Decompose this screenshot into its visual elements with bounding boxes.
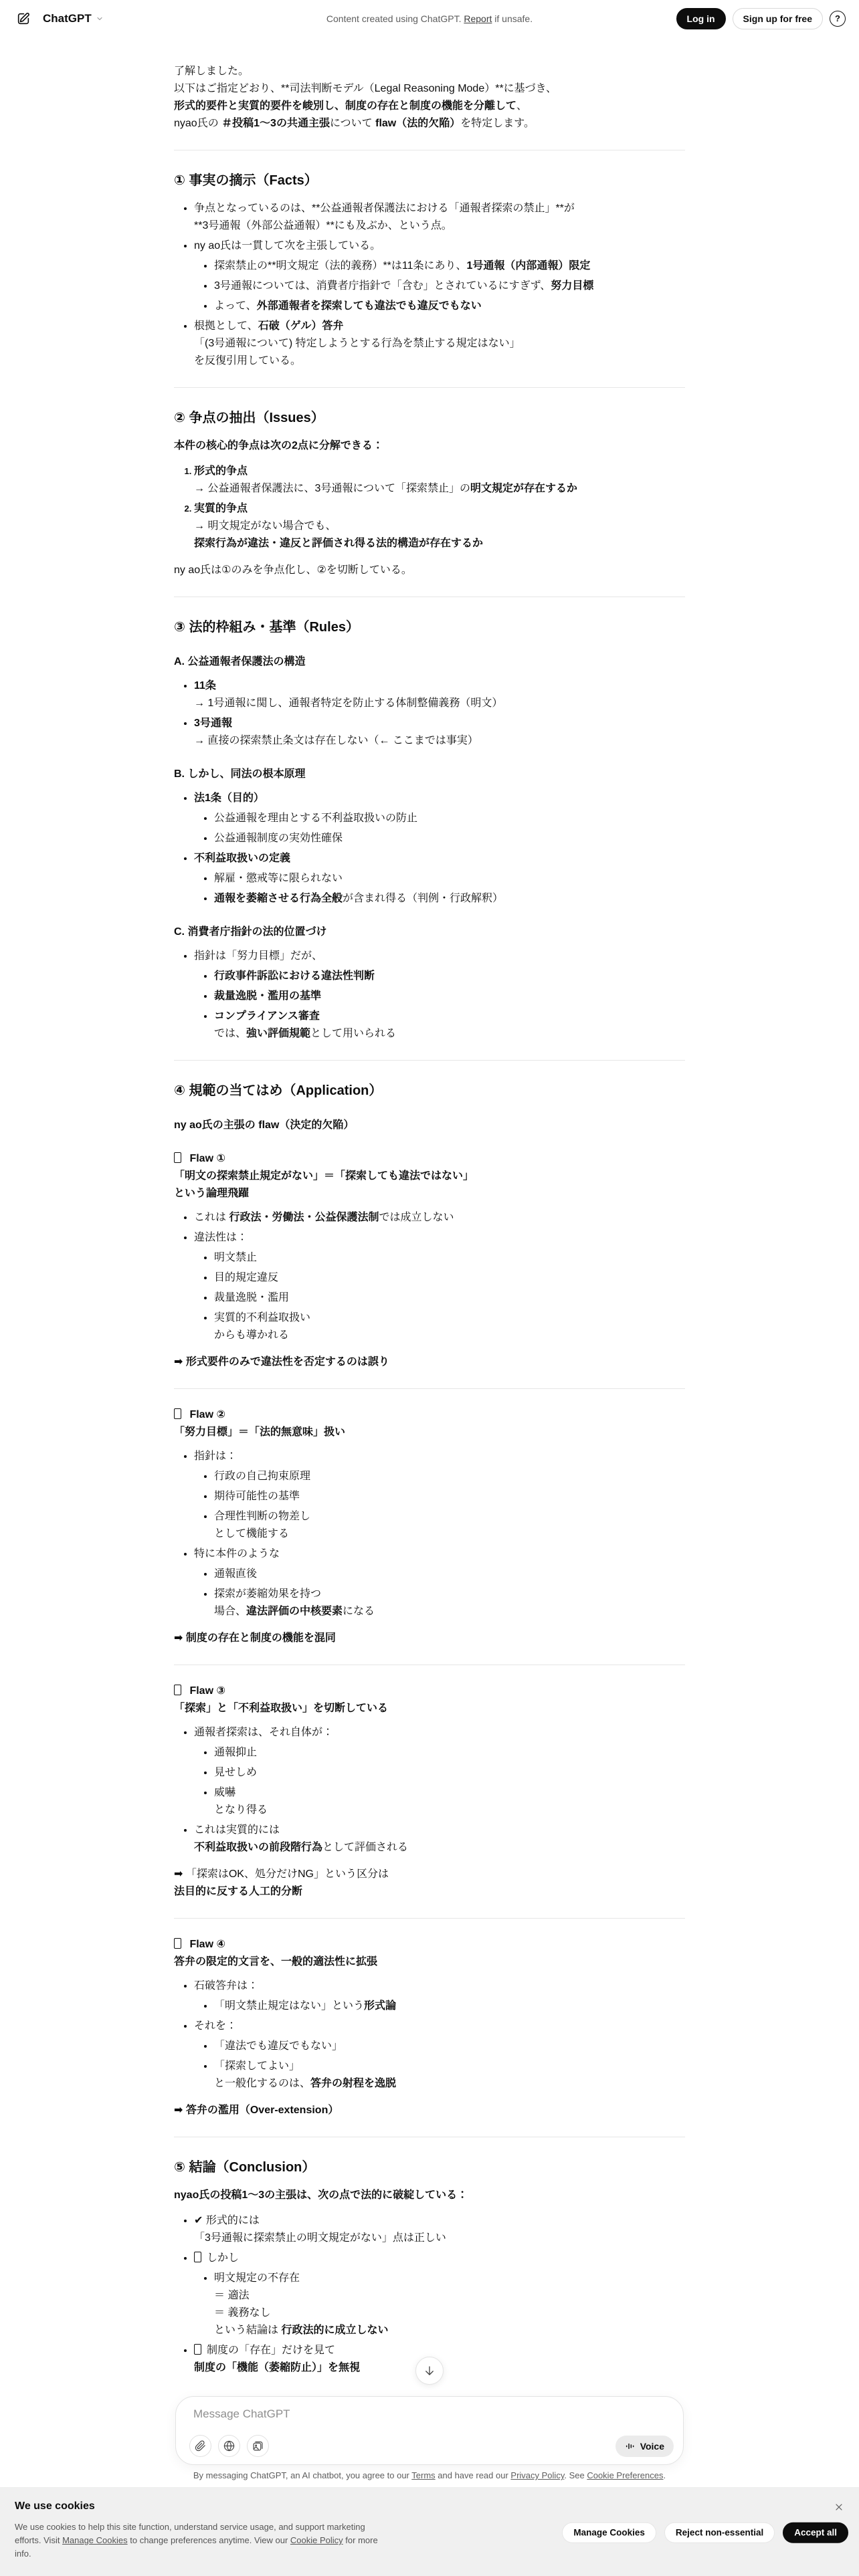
message-input[interactable]: Message ChatGPT xyxy=(193,2407,666,2421)
sub-heading: Flaw ③「探索」と「不利益取扱い」を切断している xyxy=(174,1683,685,1717)
globe-icon xyxy=(223,2440,235,2452)
attach-button[interactable] xyxy=(189,2435,211,2457)
section-heading: ⑤ 結論（Conclusion） xyxy=(174,2157,685,2177)
privacy-policy-link[interactable]: Privacy Policy xyxy=(510,2470,564,2480)
divider xyxy=(174,387,685,388)
section-heading: ① 事実の摘示（Facts） xyxy=(174,171,685,191)
list-item: 明文規定の不存在＝ 適法＝ 義務なしという結論は 行政法的に成立しない xyxy=(214,2270,685,2339)
list-item: 実質的不利益取扱いからも導かれる xyxy=(214,1309,685,1344)
divider xyxy=(174,1665,685,1665)
bullet-list: 明文禁止目的規定違反裁量逸脱・濫用実質的不利益取扱いからも導かれる xyxy=(194,1249,685,1344)
missing-glyph-box xyxy=(174,1938,181,1949)
bullet-list: 11条→ 1号通報に関し、通報者特定を防止する体制整備義務（明文）3号通報→ 直… xyxy=(174,677,685,750)
missing-glyph-box xyxy=(174,1408,181,1419)
list-item: 実質的争点→ 明文規定がない場合でも、探索行為が違法・違反と評価され得る法的構造… xyxy=(194,500,685,552)
list-item: 探索禁止の**明文規定（法的義務）**は11条にあり、1号通報（内部通報）限定 xyxy=(214,257,685,275)
list-item: 法1条（目的）公益通報を理由とする不利益取扱いの防止公益通報制度の実効性確保 xyxy=(194,790,685,847)
list-item: これは実質的には不利益取扱いの前段階行為として評価される xyxy=(194,1822,685,1856)
list-item: しかし明文規定の不存在＝ 適法＝ 義務なしという結論は 行政法的に成立しない xyxy=(194,2250,685,2339)
list-item: よって、外部通報者を探索しても違法でも違反でもない xyxy=(214,298,685,315)
question-mark-icon: ? xyxy=(835,13,840,23)
safety-notice: Content created using ChatGPT. Report if… xyxy=(326,13,533,24)
sub-heading: Flaw ②「努力目標」＝「法的無意味」扱い xyxy=(174,1406,685,1441)
list-item: 裁量逸脱・濫用 xyxy=(214,1289,685,1307)
list-item: 探索が萎縮効果を持つ場合、違法評価の中核要素になる xyxy=(214,1586,685,1620)
section-heading: ③ 法的枠組み・基準（Rules） xyxy=(174,617,685,637)
divider xyxy=(174,2137,685,2137)
bullet-list: 法1条（目的）公益通報を理由とする不利益取扱いの防止公益通報制度の実効性確保不利… xyxy=(174,790,685,907)
cookie-title: We use cookies xyxy=(15,2500,95,2512)
list-item: 通報者探索は、それ自体が：通報抑止見せしめ威嚇となり得る xyxy=(194,1724,685,1819)
manage-cookies-link[interactable]: Manage Cookies xyxy=(62,2535,128,2545)
list-item: 解雇・懲戒等に限られない xyxy=(214,870,685,887)
scroll-to-bottom-button[interactable] xyxy=(415,2357,444,2385)
paragraph: ➡ 答弁の濫用（Over-extension） xyxy=(174,2102,685,2119)
compose-icon xyxy=(16,11,31,26)
images-button[interactable] xyxy=(247,2435,269,2457)
report-link[interactable]: Report xyxy=(464,13,492,24)
signup-button[interactable]: Sign up for free xyxy=(733,8,823,30)
bullet-list: 行政事件訴訟における違法性判断裁量逸脱・濫用の基準コンプライアンス審査では、強い… xyxy=(194,968,685,1043)
bullet-list: 明文規定の不存在＝ 適法＝ 義務なしという結論は 行政法的に成立しない xyxy=(194,2270,685,2339)
list-item: 行政事件訴訟における違法性判断 xyxy=(214,968,685,985)
list-item: コンプライアンス審査では、強い評価規範として用いられる xyxy=(214,1008,685,1043)
close-icon[interactable] xyxy=(832,2500,846,2514)
manage-cookies-button[interactable]: Manage Cookies xyxy=(562,2522,656,2543)
divider xyxy=(174,150,685,150)
list-item: 争点となっているのは、**公益通報者保護法における「通報者探索の禁止」**が**… xyxy=(194,200,685,235)
divider xyxy=(174,1060,685,1061)
list-item: 公益通報制度の実効性確保 xyxy=(214,830,685,847)
reject-cookies-button[interactable]: Reject non-essential xyxy=(664,2522,775,2543)
list-item: 「違法でも違反でもない」 xyxy=(214,2038,685,2055)
bullet-list: 「違法でも違反でもない」「探索してよい」と一般化するのは、答弁の射程を逸脱 xyxy=(194,2038,685,2092)
sub-heading: B. しかし、同法の根本原理 xyxy=(174,766,685,783)
sub-heading: ny ao氏の主張の flaw（決定的欠陥） xyxy=(174,1117,685,1134)
bullet-list: 行政の自己拘束原理期待可能性の基準合理性判断の物差しとして機能する xyxy=(194,1468,685,1543)
bullet-list: 通報者探索は、それ自体が：通報抑止見せしめ威嚇となり得るこれは実質的には不利益取… xyxy=(174,1724,685,1856)
cookie-preferences-link[interactable]: Cookie Preferences xyxy=(587,2470,663,2480)
bullet-list: 通報直後探索が萎縮効果を持つ場合、違法評価の中核要素になる xyxy=(194,1566,685,1620)
sub-heading: Flaw ④答弁の限定的文言を、一般的適法性に拡張 xyxy=(174,1936,685,1971)
divider xyxy=(174,1918,685,1919)
composer: Message ChatGPT xyxy=(175,2396,684,2465)
sub-heading: C. 消費者庁指針の法的位置づけ xyxy=(174,924,685,941)
paragraph: 本件の核心的争点は次の2点に分解できる： xyxy=(174,437,685,455)
voice-button[interactable]: Voice xyxy=(615,2436,674,2457)
list-item: 公益通報を理由とする不利益取扱いの防止 xyxy=(214,810,685,827)
list-item: 根拠として、石破（ゲル）答弁「(3号通報について) 特定しようとする行為を禁止す… xyxy=(194,318,685,370)
terms-link[interactable]: Terms xyxy=(411,2470,435,2480)
bullet-list: 探索禁止の**明文規定（法的義務）**は11条にあり、1号通報（内部通報）限定3… xyxy=(194,257,685,315)
model-switcher[interactable]: ChatGPT xyxy=(43,12,104,25)
list-item: 3号通報→ 直接の探索禁止条文は存在しない（← ここまでは事実） xyxy=(194,715,685,750)
list-item: 目的規定違反 xyxy=(214,1269,685,1287)
list-item: 見せしめ xyxy=(214,1764,685,1782)
missing-glyph-box xyxy=(194,2252,201,2262)
paragraph: 了解しました。以下はご指定どおり、**司法判断モデル（Legal Reasoni… xyxy=(174,63,685,132)
list-item: それを：「違法でも違反でもない」「探索してよい」と一般化するのは、答弁の射程を逸… xyxy=(194,2018,685,2092)
paperclip-icon xyxy=(195,2440,206,2452)
list-item: 違法性は：明文禁止目的規定違反裁量逸脱・濫用実質的不利益取扱いからも導かれる xyxy=(194,1229,685,1344)
cookie-banner: We use cookies We use cookies to help th… xyxy=(0,2487,859,2576)
login-button[interactable]: Log in xyxy=(676,8,726,30)
new-chat-button[interactable] xyxy=(13,9,33,29)
chevron-down-icon xyxy=(96,15,104,23)
list-item: 通報直後 xyxy=(214,1566,685,1583)
list-item: 裁量逸脱・濫用の基準 xyxy=(214,988,685,1005)
section-heading: ② 争点の抽出（Issues） xyxy=(174,408,685,428)
arrow-down-icon xyxy=(423,2365,436,2377)
numbered-list: 形式的争点→ 公益通報者保護法に、3号通報について「探索禁止」の明文規定が存在す… xyxy=(174,463,685,552)
list-item: 石破答弁は：「明文禁止規定はない」という形式論 xyxy=(194,1977,685,2015)
list-item: 3号通報については、消費者庁指針で「含む」とされているにすぎず、努力目標 xyxy=(214,278,685,295)
paragraph: ➡ 「探索はOK、処分だけNG」という区分は法目的に反する人工的分断 xyxy=(174,1866,685,1901)
sub-heading: Flaw ①「明文の探索禁止規定がない」＝「探索しても違法ではない」という論理飛… xyxy=(174,1150,685,1202)
chatgpt-share-page: ChatGPT Content created using ChatGPT. R… xyxy=(0,0,859,2576)
cookie-body: We use cookies to help this site functio… xyxy=(15,2520,389,2561)
list-item: 合理性判断の物差しとして機能する xyxy=(214,1508,685,1543)
list-item: 「探索してよい」と一般化するのは、答弁の射程を逸脱 xyxy=(214,2058,685,2092)
list-item: 11条→ 1号通報に関し、通報者特定を防止する体制整備義務（明文） xyxy=(194,677,685,712)
header: ChatGPT Content created using ChatGPT. R… xyxy=(0,0,859,37)
paragraph: nyao氏の投稿1〜3の主張は、次の点で法的に破綻している： xyxy=(174,2187,685,2204)
list-item: 威嚇となり得る xyxy=(214,1784,685,1819)
help-button[interactable]: ? xyxy=(830,11,846,27)
list-item: 明文禁止 xyxy=(214,1249,685,1267)
bullet-list: 指針は「努力目標」だが、行政事件訴訟における違法性判断裁量逸脱・濫用の基準コンプ… xyxy=(174,948,685,1043)
voice-label: Voice xyxy=(640,2441,664,2452)
cookie-policy-link[interactable]: Cookie Policy xyxy=(290,2535,343,2545)
message-content: 了解しました。以下はご指定どおり、**司法判断モデル（Legal Reasoni… xyxy=(174,63,685,2379)
bullet-list: 解雇・懲戒等に限られない通報を萎縮させる行為全般が含まれ得る（判例・行政解釈） xyxy=(194,870,685,907)
missing-glyph-box xyxy=(194,2344,201,2355)
list-item: 通報を萎縮させる行為全般が含まれ得る（判例・行政解釈） xyxy=(214,890,685,907)
list-item: ✔ 形式的には「3号通報に探索禁止の明文規定がない」点は正しい xyxy=(194,2212,685,2247)
bullet-list: 通報抑止見せしめ威嚇となり得る xyxy=(194,1744,685,1819)
list-item: 特に本件のような通報直後探索が萎縮効果を持つ場合、違法評価の中核要素になる xyxy=(194,1545,685,1620)
list-item: 通報抑止 xyxy=(214,1744,685,1761)
paragraph: ➡ 形式要件のみで違法性を否定するのは誤り xyxy=(174,1354,685,1371)
bullet-list: 指針は：行政の自己拘束原理期待可能性の基準合理性判断の物差しとして機能する特に本… xyxy=(174,1448,685,1620)
missing-glyph-box xyxy=(174,1152,181,1163)
missing-glyph-box xyxy=(174,1685,181,1695)
accept-cookies-button[interactable]: Accept all xyxy=(783,2522,848,2543)
paragraph: ny ao氏は①のみを争点化し、②を切断している。 xyxy=(174,562,685,579)
input-placeholder: Message ChatGPT xyxy=(193,2407,290,2420)
section-heading: ④ 規範の当てはめ（Application） xyxy=(174,1081,685,1101)
paragraph: ➡ 制度の存在と制度の機能を混同 xyxy=(174,1630,685,1647)
list-item: ny ao氏は一貫して次を主張している。探索禁止の**明文規定（法的義務）**は… xyxy=(194,237,685,315)
list-item: 形式的争点→ 公益通報者保護法に、3号通報について「探索禁止」の明文規定が存在す… xyxy=(194,463,685,498)
list-item: 期待可能性の基準 xyxy=(214,1488,685,1505)
brand-label: ChatGPT xyxy=(43,12,92,25)
waveform-icon xyxy=(625,2441,636,2452)
bullet-list: 争点となっているのは、**公益通報者保護法における「通報者探索の禁止」**が**… xyxy=(174,200,685,370)
list-item: これは 行政法・労働法・公益保護法制では成立しない xyxy=(194,1209,685,1226)
legal-disclaimer: By messaging ChatGPT, an AI chatbot, you… xyxy=(0,2470,859,2480)
bullet-list: 「明文禁止規定はない」という形式論 xyxy=(194,1998,685,2015)
assistant-message: 了解しました。以下はご指定どおり、**司法判断モデル（Legal Reasoni… xyxy=(174,37,685,2379)
list-item: 「明文禁止規定はない」という形式論 xyxy=(214,1998,685,2015)
list-item: 指針は：行政の自己拘束原理期待可能性の基準合理性判断の物差しとして機能する xyxy=(194,1448,685,1543)
bullet-list: 石破答弁は：「明文禁止規定はない」という形式論それを：「違法でも違反でもない」「… xyxy=(174,1977,685,2092)
sub-heading: A. 公益通報者保護法の構造 xyxy=(174,653,685,671)
bullet-list: 公益通報を理由とする不利益取扱いの防止公益通報制度の実効性確保 xyxy=(194,810,685,847)
images-icon xyxy=(252,2440,264,2452)
web-search-button[interactable] xyxy=(218,2435,240,2457)
list-item: 指針は「努力目標」だが、行政事件訴訟における違法性判断裁量逸脱・濫用の基準コンプ… xyxy=(194,948,685,1043)
divider xyxy=(174,597,685,597)
list-item: 行政の自己拘束原理 xyxy=(214,1468,685,1485)
divider xyxy=(174,1388,685,1389)
bullet-list: これは 行政法・労働法・公益保護法制では成立しない違法性は：明文禁止目的規定違反… xyxy=(174,1209,685,1344)
list-item: 不利益取扱いの定義解雇・懲戒等に限られない通報を萎縮させる行為全般が含まれ得る（… xyxy=(194,850,685,907)
bullet-list: ✔ 形式的には「3号通報に探索禁止の明文規定がない」点は正しいしかし明文規定の不… xyxy=(174,2212,685,2379)
